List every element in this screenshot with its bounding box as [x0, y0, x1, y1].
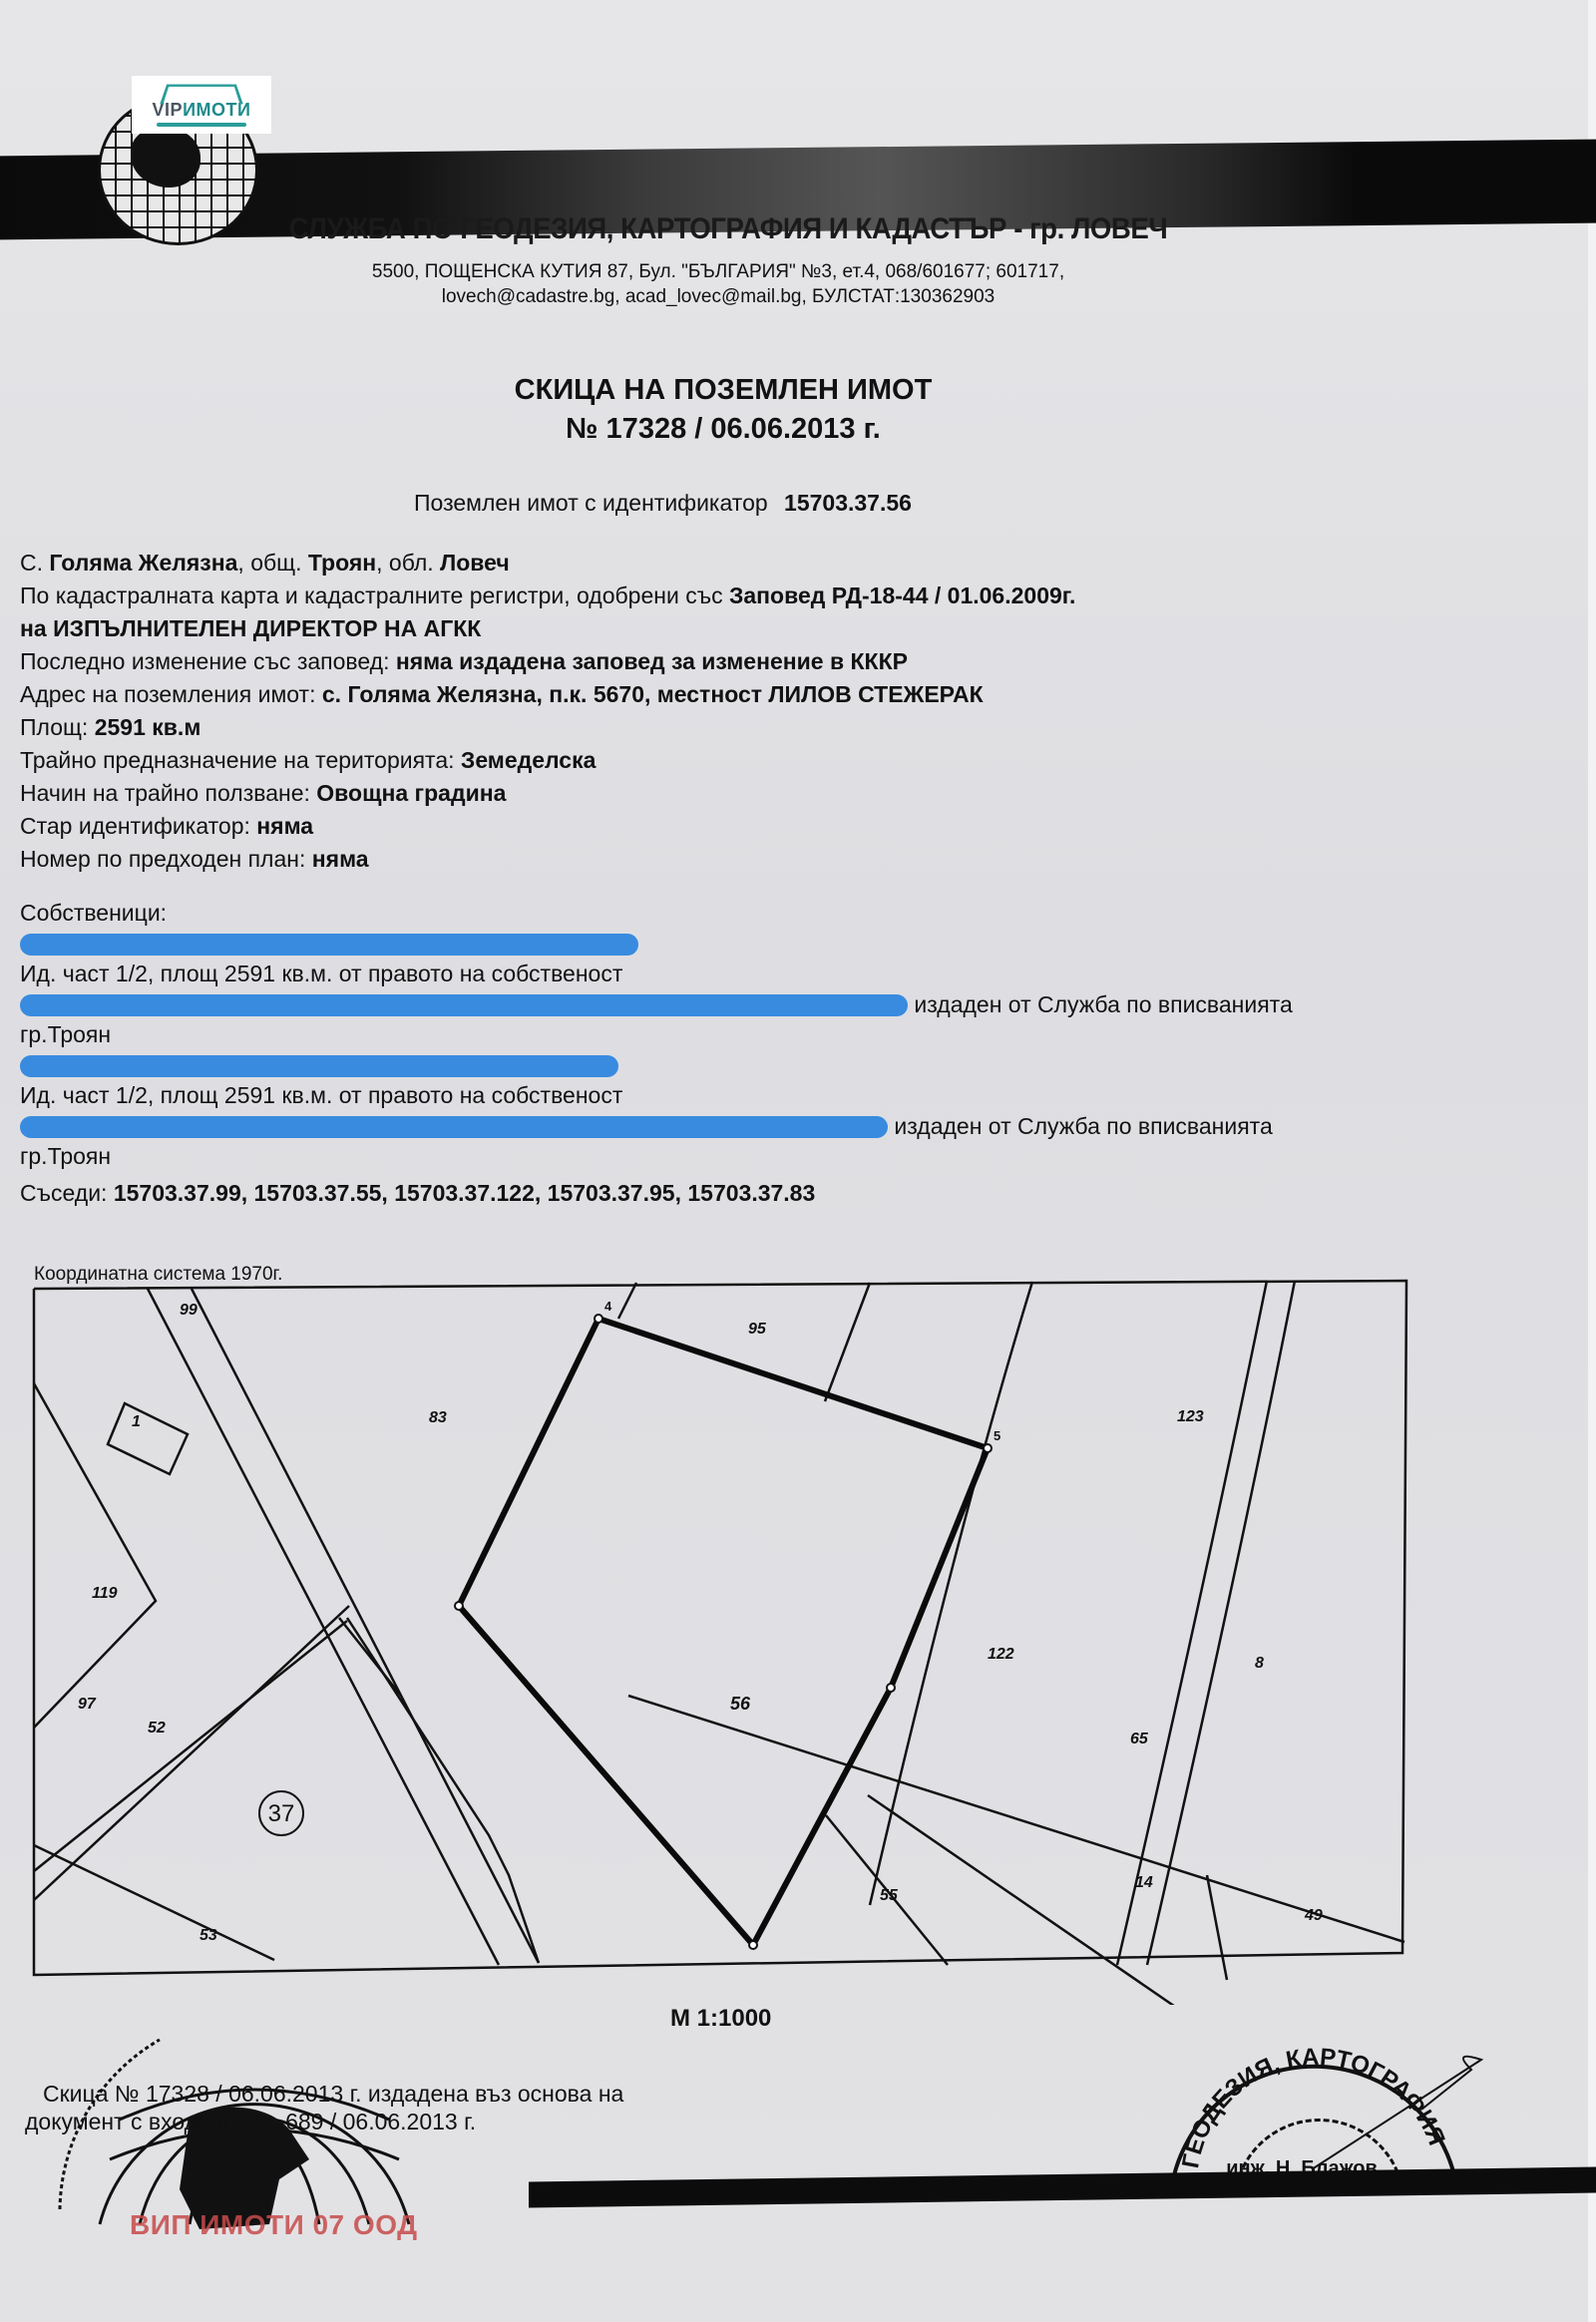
- parcel-label: 56: [730, 1694, 751, 1714]
- document-title: СКИЦА НА ПОЗЕМЛЕН ИМОТ: [0, 374, 1446, 407]
- owner-1-share: Ид. част 1/2, площ 2591 кв.м. от правото…: [20, 959, 1416, 989]
- vip-imoti-logo: VIPИМОТИ: [132, 76, 271, 134]
- parcel-label: 49: [1304, 1907, 1323, 1924]
- parcel-label: 14: [1135, 1874, 1153, 1891]
- purpose-line: Трайно предназначение на територията: Зе…: [20, 744, 1416, 777]
- parcel-identifier-line: Поземлен имот с идентификатор 15703.37.5…: [414, 490, 912, 517]
- usage-line: Начин на трайно ползване: Овощна градина: [20, 777, 1416, 810]
- scanned-document: VIPИМОТИ СЛУЖБА ПО ГЕОДЕЗИЯ, КАРТОГРАФИЯ…: [0, 0, 1596, 2322]
- parcel-label: 119: [92, 1585, 118, 1602]
- old-id-line: Стар идентификатор: няма: [20, 810, 1416, 843]
- cadastre-line: По кадастралната карта и кадастралните р…: [20, 580, 1416, 612]
- owner-2-name-redacted: [20, 1050, 1416, 1081]
- agency-round-stamp: ГЕОДЕЗИЯ, КАРТОГРАФИЯ инж. Н. Блажов: [1152, 2010, 1491, 2189]
- redaction-scribble: [20, 934, 638, 956]
- identifier-value: 15703.37.56: [784, 490, 912, 516]
- corner-point-label: 5: [994, 1428, 1000, 1443]
- page-edge: [1588, 0, 1596, 2322]
- municipality: Троян: [308, 550, 376, 576]
- agency-watermark: ВИП ИМОТИ 07 ООД: [130, 2209, 418, 2241]
- house-roof-icon: [160, 84, 242, 104]
- owner-2-share: Ид. част 1/2, площ 2591 кв.м. от правото…: [20, 1080, 1416, 1111]
- building-label: 1: [132, 1413, 141, 1430]
- owner-1-name-redacted: [20, 929, 1416, 960]
- village: Голяма Желязна: [49, 550, 237, 576]
- neighbours-value: 15703.37.99, 15703.37.55, 15703.37.122, …: [114, 1180, 815, 1206]
- region: Ловеч: [440, 550, 510, 576]
- agency-address-line2: lovech@cadastre.bg, acad_lovec@mail.bg, …: [0, 286, 1436, 308]
- owner-2-deed: издаден от Служба по вписванията: [20, 1111, 1416, 1142]
- neighbours-line: Съседи: 15703.37.99, 15703.37.55, 15703.…: [20, 1180, 815, 1207]
- redaction-scribble: [20, 1055, 618, 1077]
- cadastre-authority: на ИЗПЪЛНИТЕЛЕН ДИРЕКТОР НА АГКК: [20, 612, 1416, 645]
- owners-heading: Собственици:: [20, 898, 1416, 929]
- parcel-label: 65: [1130, 1731, 1149, 1747]
- parcel-label: 122: [988, 1646, 1014, 1663]
- cadastre-order: Заповед РД-18-44 / 01.06.2009г.: [729, 582, 1075, 608]
- redaction-scribble: [20, 994, 908, 1016]
- redaction-scribble: [20, 1116, 888, 1138]
- map-scale: M 1:1000: [670, 2005, 771, 2033]
- parcel-label: 53: [199, 1927, 217, 1944]
- last-change-line: Последно изменение със заповед: няма изд…: [20, 645, 1416, 678]
- address-line: Адрес на поземления имот: с. Голяма Желя…: [20, 678, 1416, 711]
- area-line: Площ: 2591 кв.м: [20, 711, 1416, 744]
- identifier-label: Поземлен имот с идентификатор: [414, 490, 768, 516]
- parcel-label: 97: [78, 1696, 97, 1713]
- parcel-label: 95: [748, 1321, 767, 1338]
- parcel-label: 99: [180, 1302, 198, 1319]
- cadastral-zone-label: 37: [268, 1800, 295, 1827]
- parcel-label: 8: [1255, 1655, 1264, 1672]
- agency-address-line1: 5500, ПОЩЕНСКА КУТИЯ 87, Бул. "БЪЛГАРИЯ"…: [0, 261, 1436, 283]
- location-line: С. Голяма Желязна, общ. Троян, обл. Лове…: [20, 547, 1416, 580]
- footer-scan-band: [529, 2167, 1596, 2208]
- prev-plan-line: Номер по предходен план: няма: [20, 843, 1416, 876]
- owner-1-city: гр.Троян: [20, 1019, 1416, 1050]
- parcel-label: 55: [880, 1887, 899, 1904]
- issued-based-on-note: Скица № 17328 / 06.06.2013 г. издадена в…: [25, 2080, 623, 2135]
- parcel-label: 123: [1177, 1408, 1204, 1425]
- parcel-label: 83: [429, 1409, 447, 1426]
- owner-1-deed: издаден от Служба по вписванията: [20, 989, 1416, 1020]
- parcel-label: 52: [148, 1720, 166, 1737]
- logo-wave: [157, 123, 246, 127]
- owners-section: Собственици: Ид. част 1/2, площ 2591 кв.…: [20, 898, 1416, 1172]
- cadastral-map: 9983951231191228975256655514495313745: [30, 1277, 1426, 2005]
- agency-name: СЛУЖБА ПО ГЕОДЕЗИЯ, КАРТОГРАФИЯ И КАДАСТ…: [223, 212, 1233, 246]
- document-number: № 17328 / 06.06.2013 г.: [0, 413, 1446, 446]
- corner-point-label: 4: [604, 1299, 612, 1314]
- owner-2-city: гр.Троян: [20, 1141, 1416, 1172]
- property-details: С. Голяма Желязна, общ. Троян, обл. Лове…: [20, 547, 1416, 876]
